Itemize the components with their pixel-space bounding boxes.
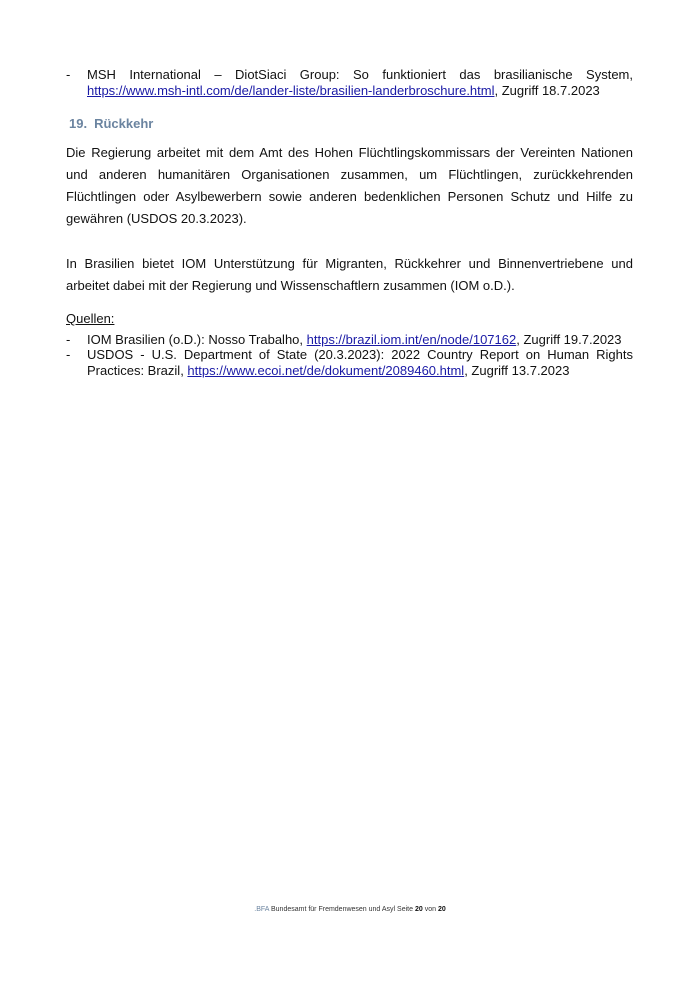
- source-access-date: , Zugriff 13.7.2023: [464, 363, 569, 378]
- list-dash: -: [66, 332, 70, 348]
- paragraph-unhcr: Die Regierung arbeitet mit dem Amt des H…: [66, 142, 633, 230]
- source-access-date: , Zugriff 19.7.2023: [516, 332, 621, 347]
- source-item-iom: - IOM Brasilien (o.D.): Nosso Trabalho, …: [66, 332, 633, 348]
- source-link-msh[interactable]: https://www.msh-intl.com/de/lander-liste…: [87, 83, 495, 98]
- paragraph-iom: In Brasilien bietet IOM Unterstützung fü…: [66, 253, 633, 297]
- footer-of-text: von: [423, 906, 438, 913]
- source-item-usdos: - USDOS - U.S. Department of State (20.3…: [66, 347, 633, 379]
- source-text: IOM Brasilien (o.D.): Nosso Trabalho, ht…: [66, 332, 633, 348]
- source-text: MSH International – DiotSiaci Group: So …: [66, 67, 633, 99]
- source-citation: IOM Brasilien (o.D.): Nosso Trabalho,: [87, 332, 307, 347]
- section-title: Rückkehr: [94, 116, 153, 131]
- document-page: - MSH International – DiotSiaci Group: S…: [0, 0, 700, 990]
- source-link-iom[interactable]: https://brazil.iom.int/en/node/107162: [307, 332, 517, 347]
- current-page-number: 20: [415, 906, 423, 913]
- sources-label: Quellen:: [66, 311, 114, 326]
- source-text: USDOS - U.S. Department of State (20.3.2…: [66, 347, 633, 379]
- footer-org-text: Bundesamt für Fremdenwesen und Asyl Seit…: [269, 906, 415, 913]
- source-item-msh: - MSH International – DiotSiaci Group: S…: [66, 67, 633, 99]
- section-heading: 19.Rückkehr: [69, 116, 153, 131]
- source-link-usdos[interactable]: https://www.ecoi.net/de/dokument/2089460…: [187, 363, 464, 378]
- total-page-count: 20: [438, 906, 446, 913]
- bfa-logo: .BFA: [254, 906, 269, 913]
- source-citation: MSH International – DiotSiaci Group: So …: [87, 67, 633, 82]
- source-access-date: , Zugriff 18.7.2023: [495, 83, 600, 98]
- list-dash: -: [66, 347, 70, 363]
- list-dash: -: [66, 67, 70, 83]
- section-number: 19.: [69, 116, 87, 131]
- page-footer: .BFA Bundesamt für Fremdenwesen und Asyl…: [0, 906, 700, 913]
